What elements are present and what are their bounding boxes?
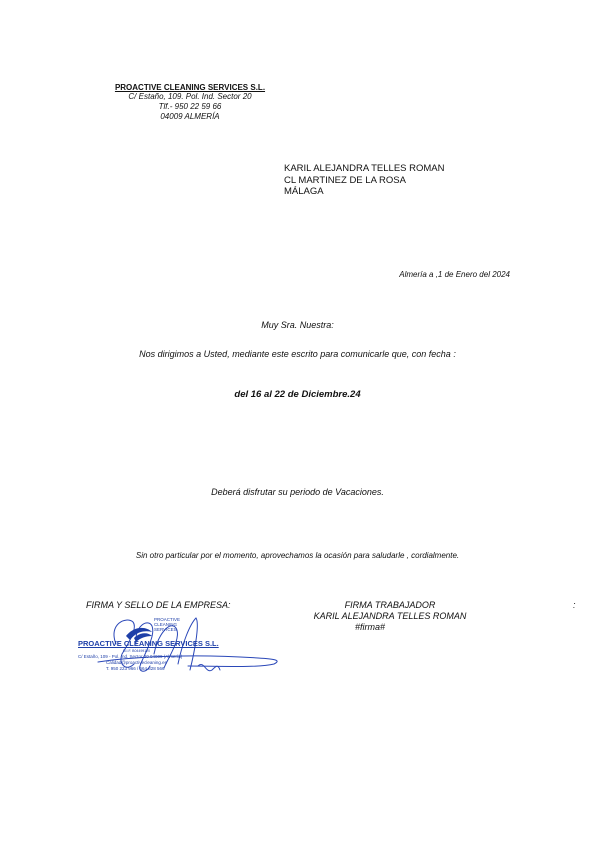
colon-mark: :	[573, 600, 576, 611]
company-stamp: PROACTIVE CLEANING SERVICES PROACTIVE CL…	[78, 614, 288, 678]
sender-company-name: PROACTIVE CLEANING SERVICES S.L.	[90, 83, 290, 92]
recipient-name: KARIL ALEJANDRA TELLES ROMAN	[284, 163, 445, 175]
sender-address: C/ Estaño, 109. Pol. Ind. Sector 20	[90, 92, 290, 102]
stamp-nif: N.I.F. B04499120	[123, 649, 150, 653]
stamp-logo-text: PROACTIVE CLEANING SERVICES	[154, 617, 180, 632]
company-signature-label: FIRMA Y SELLO DE LA EMPRESA:	[86, 600, 231, 611]
stamp-company-name: PROACTIVE CLEANING SERVICES S.L.	[78, 639, 219, 648]
worker-signature-label: FIRMA TRABAJADOR	[305, 600, 475, 611]
place-date: Almería a ,1 de Enero del 2024	[399, 270, 510, 280]
vacation-dates: del 16 al 22 de Diciembre.24	[0, 389, 595, 400]
recipient-city: MÁLAGA	[284, 186, 445, 198]
worker-name: KARIL ALEJANDRA TELLES ROMAN	[305, 611, 475, 622]
salutation: Muy Sra. Nuestra:	[0, 320, 595, 331]
sender-block: PROACTIVE CLEANING SERVICES S.L. C/ Esta…	[90, 83, 290, 122]
intro-paragraph: Nos dirigimos a Usted, mediante este esc…	[0, 349, 595, 360]
sender-phone: Tlf.- 950 22 59 66	[90, 102, 290, 112]
sender-city: 04009 ALMERÍA	[90, 112, 290, 122]
closing-paragraph: Sin otro particular por el momento, apro…	[0, 551, 595, 561]
recipient-street: CL MARTINEZ DE LA ROSA	[284, 175, 445, 187]
stamp-email: Calidad@proactivecleaning.es	[106, 660, 167, 665]
vacation-notice: Deberá disfrutar su periodo de Vacacione…	[0, 487, 595, 498]
recipient-block: KARIL ALEJANDRA TELLES ROMAN CL MARTINEZ…	[284, 163, 445, 198]
stamp-address: C/ Estaño, 109 - Pol. Ind. Sector 20 040…	[78, 654, 182, 659]
worker-signature-placeholder: #firma#	[265, 622, 475, 633]
stamp-phone: T. 950 223 966 / 664 828 566	[106, 666, 165, 671]
worker-signature-block: FIRMA TRABAJADOR KARIL ALEJANDRA TELLES …	[305, 600, 475, 633]
